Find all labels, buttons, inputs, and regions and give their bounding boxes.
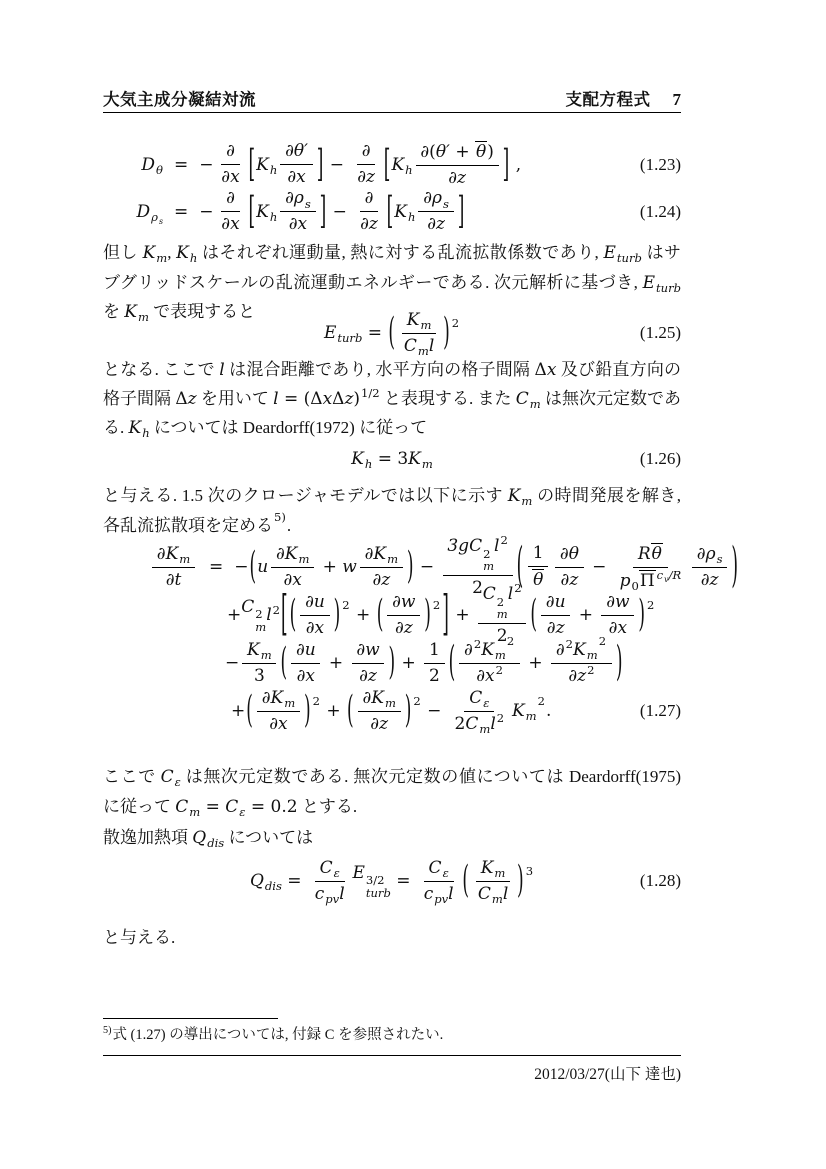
- math-italic: ∂z: [360, 214, 378, 234]
- equation-rhs: +C2ml2[(∂u∂x)2 + (∂w∂z)2] + C2ml22(∂u∂z …: [227, 584, 655, 647]
- math-delimiter: ): [443, 311, 450, 355]
- math-roman: +: [321, 701, 346, 721]
- text-run: と表現する. また: [380, 389, 516, 408]
- math-superscript: 2: [313, 694, 320, 708]
- math-subscript-group: Eturb: [603, 243, 641, 263]
- math-italic: C: [175, 797, 188, 817]
- math-delimiter: ]: [458, 190, 465, 234]
- equation-group-1.23-1.24: Dθ = −∂∂x[Kh∂θ′∂x] − ∂∂z[Kh∂(θ′ + θ)∂z] …: [103, 141, 681, 235]
- text-run: 式 (1.27) の導出については, 付録 C を参照されたい.: [112, 1027, 443, 1043]
- math-roman: Δ: [175, 389, 187, 409]
- math-subscript-group: Cm: [516, 389, 541, 409]
- footnote-text: 式 (1.27) の導出については, 付録 C を参照されたい.: [112, 1027, 443, 1043]
- math-italic: m: [255, 620, 266, 634]
- math-fraction: Cεcpvl: [310, 858, 349, 905]
- math-italic: ∂: [464, 640, 473, 660]
- math-fraction: ∂2Km2∂z2: [551, 640, 612, 687]
- math-superscript-group: z2: [577, 666, 594, 686]
- math-italic: /R: [669, 568, 682, 582]
- math-roman: =: [391, 871, 416, 891]
- math-delimiter: (: [347, 689, 354, 733]
- math-fraction: ∂∂x: [217, 141, 245, 188]
- math-subscript-group: Kh: [256, 202, 277, 222]
- math-italic: l: [266, 605, 271, 625]
- math-subscript-group: Dθ: [141, 155, 163, 175]
- math-roman: 2: [497, 711, 504, 725]
- math-italic: m: [492, 892, 503, 906]
- math-italic: ∂x: [609, 618, 627, 638]
- footnote: 5)式 (1.27) の導出については, 付録 C を参照されたい.: [103, 1023, 681, 1049]
- math-italic: m: [497, 607, 508, 621]
- math-fraction: ∂w∂x: [601, 592, 634, 639]
- math-fraction: ∂Km∂x: [257, 688, 300, 735]
- math-superscript-group: l2: [494, 536, 508, 556]
- math-subscript-group: Km: [247, 640, 272, 660]
- math-roman: +: [227, 605, 241, 625]
- math-italic: turb: [337, 331, 362, 345]
- math-delimiter: ): [638, 593, 645, 637]
- math-roman: 2: [429, 666, 440, 686]
- math-roman: −: [422, 701, 447, 721]
- math-roman: −: [327, 202, 352, 222]
- text-run: 但し: [103, 243, 143, 262]
- math-italic: K: [512, 701, 525, 721]
- math-delimiter: (: [388, 311, 395, 355]
- math-italic: E: [352, 863, 364, 883]
- math-subscript-group: ρs: [432, 188, 449, 208]
- math-subscript-group: Km: [143, 243, 168, 263]
- footer-date-author: 2012/03/27(山下 達也): [534, 1064, 681, 1086]
- math-roman: +: [450, 142, 475, 162]
- math-italic: C: [404, 336, 417, 356]
- math-italic: ∂t: [166, 570, 182, 590]
- math-fraction: ∂w∂z: [387, 592, 420, 639]
- math-delimiter: ]: [442, 587, 449, 643]
- math-roman: 2: [496, 663, 503, 677]
- math-delimiter: ]: [317, 143, 324, 187]
- math-fraction: ∂∂x: [217, 188, 245, 235]
- math-roman: +: [523, 653, 548, 673]
- math-superscript: 2: [507, 634, 514, 648]
- math-superscript: 2: [599, 634, 606, 648]
- equation-body: Kh = 3Km: [351, 449, 433, 469]
- math-delimiter: ): [407, 545, 414, 589]
- math-italic: w: [342, 557, 357, 577]
- math-delimiter: [: [384, 143, 391, 187]
- math-italic: K: [143, 243, 156, 263]
- math-italic: ∂x: [269, 714, 287, 734]
- equation-1.27: ∂Km∂t = −(u∂Km∂x + w∂Km∂z) − 3gC2ml22(1θ…: [103, 543, 681, 735]
- math-subscript-group: Cm: [478, 884, 503, 904]
- math-subscript-group: Cε: [469, 688, 489, 708]
- math-italic: C: [241, 597, 254, 617]
- equation-number: (1.24): [640, 202, 681, 222]
- math-subscript-group: Cε: [320, 858, 340, 878]
- math-italic: ∂u: [546, 592, 566, 612]
- math-superscript: 2: [342, 598, 349, 612]
- text-run: 散逸加熱項: [103, 828, 192, 847]
- math-subscript-group: ∂Km: [157, 544, 190, 564]
- math-italic: θ: [476, 142, 486, 162]
- text-run: を用いて: [197, 389, 274, 408]
- math-italic: ∂x: [221, 167, 239, 187]
- math-delimiter: [: [281, 587, 288, 643]
- math-italic: h: [142, 426, 149, 440]
- math-subscript-group: Cε: [429, 858, 449, 878]
- header-left-title: 大気主成分凝結対流: [103, 86, 256, 110]
- math-italic: ∂: [285, 188, 294, 208]
- math-roman: = 0.2: [246, 797, 298, 817]
- text-run: .: [287, 516, 291, 535]
- math-roman: +: [231, 701, 245, 721]
- equation-number: (1.23): [640, 155, 681, 175]
- math-subsup-group: C2m: [469, 536, 494, 556]
- math-roman: −: [324, 155, 349, 175]
- math-subsup-group: C2m: [241, 597, 266, 634]
- math-italic: ∂: [476, 666, 485, 686]
- math-italic: ∂: [226, 188, 235, 208]
- equation-body: Eturb = (KmCml)2: [324, 310, 460, 357]
- equation-1.24: Dρs = −∂∂x[Kh∂ρs∂x] − ∂∂z[Kh∂ρs∂z] (1.24…: [103, 188, 681, 235]
- math-subscript-group: Cε: [225, 797, 245, 817]
- math-subscript-group: Km: [481, 640, 506, 660]
- math-italic: m: [526, 709, 537, 723]
- math-delimiter: (: [250, 545, 257, 589]
- math-subscript-group: Eturb: [643, 273, 681, 293]
- math-subscript-group: ∂Km: [365, 544, 398, 564]
- math-italic: ρ: [432, 188, 442, 208]
- math-italic: c: [315, 884, 325, 904]
- math-superscript-group: ∂2: [556, 640, 573, 660]
- math-roman: 3: [254, 666, 265, 686]
- math-fraction: Cε2Cml2: [450, 688, 509, 735]
- math-italic: turb: [617, 251, 642, 265]
- math-roman: 2: [273, 603, 280, 617]
- paragraph-dimensionless-constants: ここで Cε は無次元定数である. 無次元定数の値については Deardorff…: [103, 763, 681, 822]
- math-italic: ∂: [420, 142, 429, 162]
- math-italic: K: [481, 640, 494, 660]
- math-italic: ∂w: [606, 592, 629, 612]
- text-run: については: [224, 828, 313, 847]
- math-fraction: ∂(θ′ + θ)∂z: [416, 141, 499, 189]
- math-subscript-group: cpv: [424, 884, 448, 904]
- math-fraction: ∂Km∂z: [358, 688, 401, 735]
- math-roman: Δ: [310, 389, 322, 409]
- math-delimiter: (: [462, 859, 469, 903]
- math-delimiter: ): [517, 859, 524, 903]
- math-subscript-group: Kh: [256, 155, 277, 175]
- math-italic: K: [407, 310, 420, 330]
- math-subsup-group: C2m: [483, 584, 508, 604]
- math-roman: 2: [514, 581, 521, 595]
- math-delimiter: ): [334, 593, 341, 637]
- text-run: となる. ここで: [103, 360, 219, 379]
- math-subscript-group: ∂Km: [262, 688, 295, 708]
- math-subscript-group: Km: [512, 701, 537, 721]
- math-italic: K: [408, 449, 421, 469]
- math-italic: θ′: [436, 142, 450, 162]
- math-italic: ρ: [706, 544, 716, 564]
- math-italic: m: [420, 318, 431, 332]
- math-roman: = (: [279, 389, 311, 409]
- math-roman: 2: [566, 637, 573, 651]
- math-italic: s: [717, 552, 723, 566]
- math-italic: m: [494, 866, 505, 880]
- math-italic: h: [408, 210, 415, 224]
- equation-lhs: ∂Km∂t: [149, 544, 198, 591]
- math-superscript-group: l2: [490, 714, 504, 734]
- math-delimiter: ): [388, 641, 395, 685]
- math-fraction: ∂∂z: [353, 141, 380, 188]
- math-fraction: ∂u∂x: [300, 592, 329, 639]
- math-italic: ε: [239, 805, 245, 819]
- math-fraction: ∂∂z: [355, 188, 382, 235]
- math-italic: turb: [656, 281, 681, 295]
- math-italic: ∂: [568, 666, 577, 686]
- math-italic: C: [516, 389, 529, 409]
- math-italic: K: [391, 155, 404, 175]
- paragraph-mixing-length: となる. ここで l は混合距離であり, 水平方向の格子間隔 Δx 及び鉛直方向…: [103, 356, 681, 444]
- math-subsup-group: E3/2turb: [352, 863, 390, 900]
- text-run: ここで: [103, 767, 161, 786]
- math-roman: ,: [510, 155, 521, 175]
- math-fraction: ∂ρs∂x: [280, 188, 315, 235]
- math-italic: s: [305, 197, 311, 211]
- math-italic: ∂x: [221, 214, 239, 234]
- math-subscript-group: Kh: [391, 155, 412, 175]
- paragraph-closing: と与える.: [103, 924, 681, 952]
- math-italic: C: [465, 714, 478, 734]
- math-roman: 1: [533, 543, 544, 563]
- math-superscript: 2: [647, 598, 654, 612]
- math-subscript-group: cpv: [315, 884, 339, 904]
- math-subscript-group: Kh: [129, 418, 150, 438]
- math-italic: ∂x: [297, 666, 315, 686]
- math-italic: K: [351, 449, 364, 469]
- footnote-rule: [103, 1018, 278, 1019]
- math-superscript: 2: [413, 694, 420, 708]
- math-delimiter: ): [304, 689, 311, 733]
- math-italic: l: [339, 884, 344, 904]
- math-italic: m: [156, 251, 167, 265]
- math-italic: ρ: [151, 210, 158, 224]
- math-italic: turb: [366, 886, 391, 900]
- text-run: は混合距離であり, 水平方向の格子間隔: [225, 360, 535, 379]
- math-italic: ∂: [226, 141, 235, 161]
- math-italic: C: [469, 688, 482, 708]
- math-superscript-group: ∂2: [464, 640, 481, 660]
- math-overline: θ: [475, 141, 487, 162]
- math-fraction: KmCml: [473, 858, 513, 905]
- math-italic: C: [483, 584, 496, 604]
- math-italic: h: [365, 457, 372, 471]
- math-roman: −: [199, 202, 213, 222]
- math-italic: ∂: [697, 544, 706, 564]
- math-roman: +: [573, 605, 598, 625]
- footnote-marker: 5): [103, 1025, 111, 1036]
- math-subscript-group: ρs: [294, 188, 311, 208]
- page-header: 大気主成分凝結対流 支配方程式 7: [103, 86, 681, 110]
- math-italic: pv: [325, 892, 339, 906]
- math-italic: C: [225, 797, 238, 817]
- math-italic: C: [161, 767, 174, 787]
- math-italic: m: [179, 552, 190, 566]
- math-roman: −: [234, 557, 248, 577]
- math-roman: 2: [455, 714, 466, 734]
- math-italic: ε: [334, 866, 340, 880]
- math-superscript-group: x2: [485, 666, 503, 686]
- math-italic: 3g: [447, 536, 469, 556]
- math-roman: =: [200, 797, 225, 817]
- math-subscript-group: cv: [657, 568, 669, 582]
- math-italic: m: [495, 648, 506, 662]
- paragraph-dissipative-heating: 散逸加熱項 Qdis については: [103, 824, 681, 854]
- text-run: はそれぞれ運動量, 熱に対する乱流拡散係数であり,: [197, 243, 603, 262]
- math-subscript-group: Qdis: [250, 871, 282, 891]
- math-subscript-group: Km: [481, 858, 506, 878]
- math-superscript-group: l2: [266, 605, 280, 625]
- math-italic: θ: [652, 544, 662, 564]
- math-italic: ∂x: [287, 167, 305, 187]
- math-italic: l: [490, 714, 495, 734]
- math-delimiter: (: [246, 689, 253, 733]
- math-italic: ∂θ: [560, 544, 579, 564]
- math-italic: z: [188, 389, 197, 409]
- math-italic: K: [256, 202, 269, 222]
- math-italic: l: [508, 584, 513, 604]
- math-roman: Δ: [535, 360, 547, 380]
- equation-number: (1.27): [640, 701, 681, 721]
- math-superscript: 2: [433, 598, 440, 612]
- math-italic: E: [603, 243, 615, 263]
- math-italic: l: [448, 884, 453, 904]
- math-roman: −: [199, 155, 213, 175]
- math-subscript-group: ρs: [151, 210, 163, 224]
- math-italic: s: [443, 197, 449, 211]
- equation-body: Qdis = CεcpvlE3/2turb = Cεcpvl(KmCml)3: [250, 858, 534, 905]
- math-italic: ∂u: [296, 640, 316, 660]
- math-delimiter: [: [248, 143, 255, 187]
- equation-1.27-line2: +C2ml2[(∂u∂x)2 + (∂w∂z)2] + C2ml22(∂u∂z …: [103, 591, 681, 639]
- math-fraction: 12: [424, 640, 444, 687]
- math-delimiter: (: [281, 641, 288, 685]
- math-roman: +: [323, 653, 348, 673]
- math-delimiter: ): [616, 639, 623, 687]
- math-italic: C: [478, 884, 491, 904]
- math-italic: c: [424, 884, 434, 904]
- math-fraction: ∂u∂z: [541, 592, 570, 639]
- math-subscript-group: ρs: [706, 544, 723, 564]
- math-italic: l: [429, 336, 434, 356]
- math-italic: x: [485, 666, 495, 686]
- math-italic: D: [137, 202, 151, 222]
- equation-number: (1.28): [640, 871, 681, 891]
- math-italic: ∂K: [365, 544, 387, 564]
- math-subscript-group: Kh: [351, 449, 372, 469]
- math-delimiter: ): [731, 539, 738, 595]
- math-subscript-group: Km: [508, 486, 533, 506]
- math-italic: u: [257, 557, 268, 577]
- math-roman: 2: [500, 533, 507, 547]
- math-fraction: Km3: [242, 640, 276, 687]
- math-italic: m: [479, 722, 490, 736]
- equation-1.27-line4: +(∂Km∂x)2 + (∂Km∂z)2 − Cε2Cml2Km2. (1.27…: [103, 687, 681, 735]
- math-italic: dis: [265, 879, 282, 893]
- math-italic: l: [503, 884, 508, 904]
- math-subscript-group: ∂Km: [362, 688, 395, 708]
- math-delimiter: ]: [503, 143, 510, 187]
- math-superscript-group: l2: [508, 584, 522, 604]
- math-roman: +: [317, 557, 342, 577]
- math-italic: ∂: [365, 188, 374, 208]
- math-roman: −: [415, 557, 440, 577]
- equation-lhs: Dθ: [131, 155, 163, 175]
- math-italic: m: [387, 552, 398, 566]
- math-italic: ∂θ′: [285, 141, 308, 161]
- document-page: 大気主成分凝結対流 支配方程式 7 Dθ = −∂∂x[Kh∂θ′∂x] − ∂…: [0, 0, 826, 1169]
- math-fraction: ∂w∂z: [352, 640, 385, 687]
- math-italic: x: [547, 360, 557, 380]
- math-italic: ∂w: [356, 640, 379, 660]
- math-italic: D: [141, 155, 155, 175]
- math-fraction: KmCml: [399, 310, 439, 357]
- math-subscript-group: Eturb: [324, 323, 362, 343]
- math-overline: θ: [651, 543, 663, 564]
- math-subscript-group: Kh: [394, 202, 415, 222]
- math-italic: ∂w: [392, 592, 415, 612]
- page-number: 7: [673, 90, 682, 110]
- math-fraction: ∂ρs∂z: [418, 188, 453, 235]
- math-italic: h: [270, 210, 277, 224]
- math-italic: ∂K: [157, 544, 179, 564]
- math-italic: ∂: [362, 141, 371, 161]
- math-fraction: ∂θ′∂x: [280, 141, 312, 188]
- math-fraction: C2ml22: [478, 584, 526, 647]
- math-italic: m: [483, 559, 494, 573]
- math-subscript-group: Qdis: [192, 828, 224, 848]
- math-roman: (: [429, 142, 436, 162]
- equation-rhs: −∂∂x[Kh∂θ′∂x] − ∂∂z[Kh∂(θ′ + θ)∂z] ,: [199, 141, 521, 189]
- math-italic: C: [469, 536, 482, 556]
- math-italic: ∂K: [262, 688, 284, 708]
- math-superscript: 3: [526, 864, 533, 878]
- math-roman: =: [282, 871, 307, 891]
- math-italic: E: [643, 273, 655, 293]
- math-italic: K: [508, 486, 521, 506]
- header-right: 支配方程式 7: [566, 86, 682, 110]
- math-roman: =: [362, 323, 387, 343]
- equation-rhs: +(∂Km∂x)2 + (∂Km∂z)2 − Cε2Cml2Km2.: [231, 688, 551, 735]
- math-fraction: Cεcpvl: [419, 858, 458, 905]
- math-subscript-group: Dρs: [137, 202, 163, 222]
- math-subscript-group: Km: [407, 310, 432, 330]
- text-run: と与える. 1.5 次のクロージャモデルでは以下に示す: [103, 486, 508, 505]
- math-italic: K: [394, 202, 407, 222]
- math-roman: 2: [587, 663, 594, 677]
- math-italic: C: [320, 858, 333, 878]
- math-italic: ∂z: [448, 168, 466, 188]
- text-run: と与える.: [103, 928, 175, 947]
- math-italic: ∂z: [359, 666, 377, 686]
- math-roman: Δ: [332, 389, 344, 409]
- math-italic: m: [261, 648, 272, 662]
- equals-sign: =: [174, 202, 188, 222]
- math-delimiter: (: [530, 593, 537, 637]
- equation-number: (1.25): [640, 323, 681, 343]
- equation-rhs: −Km3(∂u∂x + ∂w∂z) + 12(∂2Km2∂x2 + ∂2Km2∂…: [225, 640, 623, 687]
- math-italic: ∂x: [289, 214, 307, 234]
- math-subscript-group: ∂Km: [276, 544, 309, 564]
